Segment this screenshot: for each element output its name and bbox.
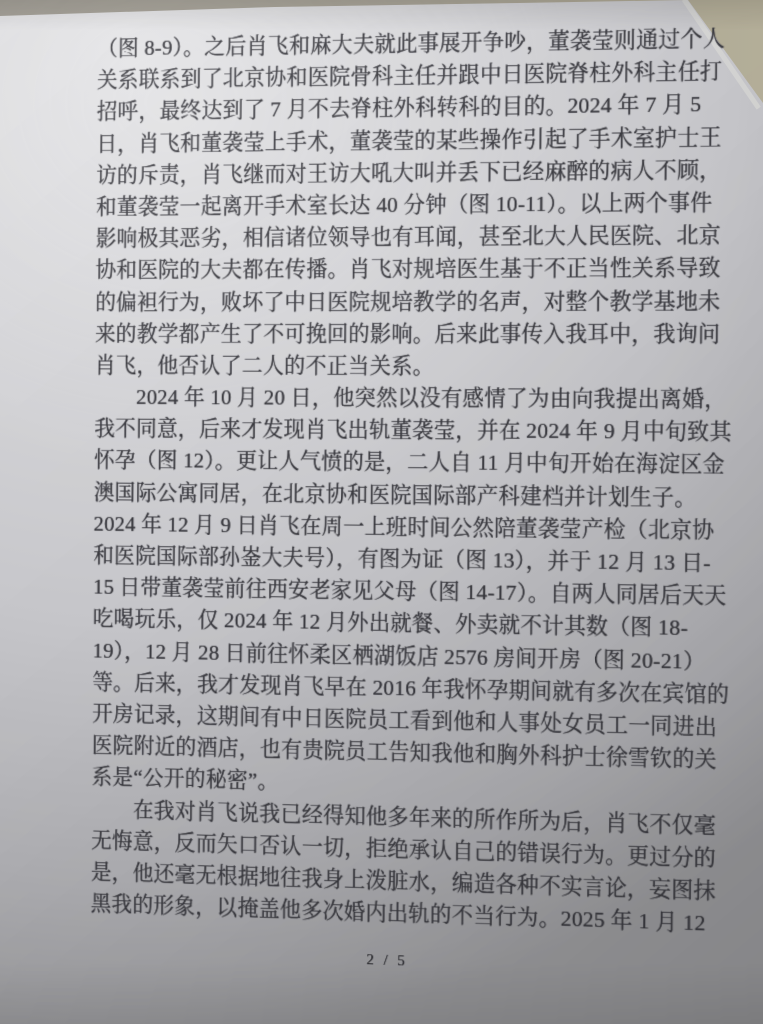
text-line: 日，肖飞和董袭莹上手术，董袭莹的某些操作引起了手术室护士王 [96, 121, 701, 160]
text-line: 访的斥责，肖飞继而对王访大吼大叫并丢下已经麻醉的病人不顾， [96, 154, 701, 192]
document-lines: （图 8-9）。之后肖飞和麻大夫就此事展开争吵，董袭莹则通过个人关系联系到了北京… [91, 23, 702, 940]
text-line: 的偏袒行为，败坏了中日医院规培教学的名声，对整个教学基地未 [95, 285, 700, 318]
text-line: 我不同意，后来才发现肖飞出轨董袭莹，并在 2024 年 9 月中旬致其 [94, 413, 699, 449]
text-line: 2024 年 10 月 20 日，他突然以没有感情了为由向我提出离婚， [94, 381, 699, 415]
text-line: 和董袭莹一起离开手术室长达 40 分钟（图 10-11）。以上两个事件 [96, 186, 701, 222]
text-line: 来的教学都产生了不可挽回的影响。后来此事传入我耳中，我询问 [95, 317, 700, 350]
document-page: （图 8-9）。之后肖飞和麻大夫就此事展开争吵，董袭莹则通过个人关系联系到了北京… [90, 23, 702, 981]
text-line: 怀孕（图 12）。更让人气愤的是，二人自 11 月中旬开始在海淀区金 [94, 445, 699, 482]
text-line: 肖飞，他否认了二人的不正当关系。 [95, 350, 700, 383]
text-line: 影响极其恶劣，相信诸位领导也有耳闻，甚至北大人民医院、北京 [96, 219, 701, 254]
text-line: 协和医院的大夫都在传播。肖飞对规培医生基于不正当性关系导致 [95, 252, 700, 286]
photo-frame: （图 8-9）。之后肖飞和麻大夫就此事展开争吵，董袭莹则通过个人关系联系到了北京… [0, 0, 763, 1024]
